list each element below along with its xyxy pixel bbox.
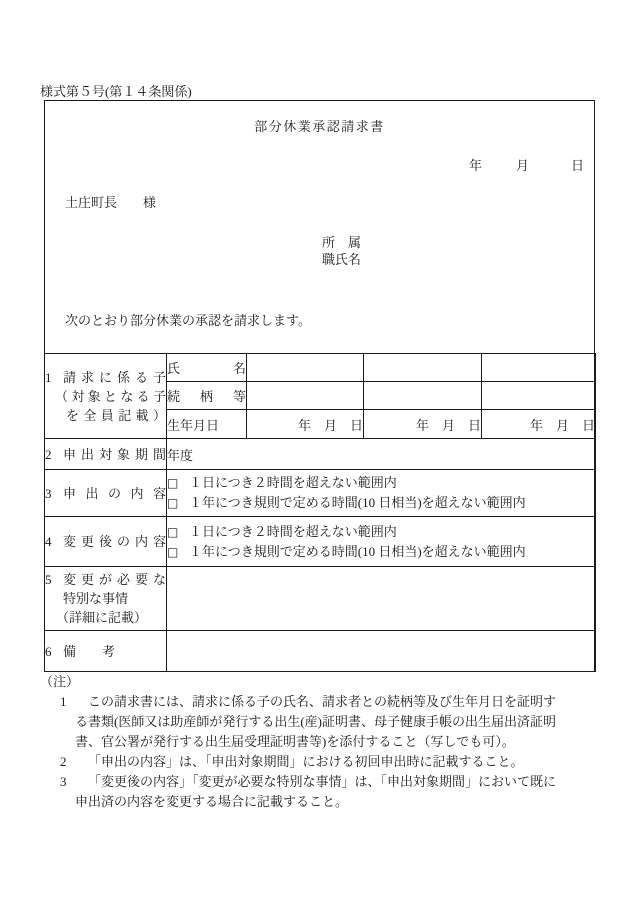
child2-birthdate-cell: 年 月 日 bbox=[364, 410, 482, 439]
request-sentence: 次のとおり部分休業の承認を請求します。 bbox=[65, 310, 311, 329]
row5-label-line3: （詳細に記載） bbox=[56, 608, 166, 627]
request-form-table: 1請求に係る子 （対象となる子 を全員記載） 氏名 続柄等 生年月日 年 月 日… bbox=[44, 353, 596, 672]
note-line: 申出済の内容を変更する場合に記載すること。 bbox=[40, 792, 596, 812]
row5-label-cell: 5変更が必要な 特別な事情 （詳細に記載） bbox=[45, 567, 167, 631]
form-title: 部分休業承認請求書 bbox=[45, 116, 594, 135]
field-birthdate-label: 生年月日 bbox=[167, 410, 247, 439]
note-line: 3「変更後の内容」「変更が必要な特別な事情」は、「申出対象期間」において既に bbox=[40, 772, 596, 792]
checkbox-icon: □ bbox=[167, 497, 180, 509]
note-line: 2「申出の内容」は、「申出対象期間」における初回申出時に記載すること。 bbox=[40, 752, 596, 772]
note-number: 3 bbox=[60, 772, 88, 792]
row5-number: 5 bbox=[45, 570, 63, 589]
child1-name-cell bbox=[247, 354, 364, 382]
date-line: 年月日 bbox=[469, 155, 584, 174]
row1-label-cell: 1請求に係る子 （対象となる子 を全員記載） bbox=[45, 354, 167, 439]
note-line: 1この請求書には、請求に係る子の氏名、請求者との続柄等及び生年月日を証明す bbox=[40, 692, 596, 712]
row1-number: 1 bbox=[45, 368, 63, 387]
day-label: 日 bbox=[571, 158, 584, 173]
child1-birthdate-cell: 年 月 日 bbox=[247, 410, 364, 439]
row5-label-line1: 変更が必要な bbox=[63, 570, 166, 589]
target-period-cell: 年度 bbox=[167, 439, 596, 470]
row4-label-cell: 4変更後の内容 bbox=[45, 517, 167, 567]
row3-label: 申出の内容 bbox=[63, 484, 166, 503]
year-label: 年 bbox=[469, 158, 482, 173]
row4-label: 変更後の内容 bbox=[63, 532, 166, 551]
note-text: 「変更後の内容」「変更が必要な特別な事情」は、「申出対象期間」において既に bbox=[88, 774, 556, 789]
addressee-honorific: 様 bbox=[143, 192, 156, 211]
note-number: 2 bbox=[60, 752, 88, 772]
row3-option2-text: １年につき規則で定める時間(10 日相当)を超えない範囲内 bbox=[189, 493, 526, 513]
row4-option1-text: １日につき２時間を超えない範囲内 bbox=[189, 522, 397, 542]
row2-label-cell: 2申出対象期間 bbox=[45, 439, 167, 470]
child3-name-cell bbox=[482, 354, 596, 382]
addressee-line: 土庄町長 様 bbox=[65, 192, 156, 211]
child1-relation-cell bbox=[247, 382, 364, 410]
note-text: この請求書には、請求に係る子の氏名、請求者との続柄等及び生年月日を証明す bbox=[88, 694, 556, 709]
row3-label-cell: 3申出の内容 bbox=[45, 470, 167, 517]
row2-label: 申出対象期間 bbox=[63, 445, 166, 464]
checkbox-icon: □ bbox=[167, 477, 180, 489]
child3-relation-cell bbox=[482, 382, 596, 410]
document-page: 様式第５号(第１４条関係) 部分休業承認請求書 年月日 土庄町長 様 所 属 職… bbox=[0, 0, 630, 903]
row6-label: 備 考 bbox=[63, 642, 166, 661]
note-number: 1 bbox=[60, 692, 88, 712]
field-name-label: 氏名 bbox=[167, 354, 247, 382]
notes-heading: （注） bbox=[40, 672, 596, 692]
note-text: 申出済の内容を変更する場合に記載すること。 bbox=[75, 794, 348, 809]
row4-options-cell: □１日につき２時間を超えない範囲内 □１年につき規則で定める時間(10 日相当)… bbox=[167, 517, 596, 567]
remarks-cell bbox=[167, 631, 596, 672]
row3-number: 3 bbox=[45, 484, 63, 503]
row2-number: 2 bbox=[45, 445, 63, 464]
affiliation-label: 所 属 bbox=[322, 234, 361, 251]
note-line: 書、官公署が発行する出生届受理証明書等)を添付すること（写しでも可）。 bbox=[40, 732, 596, 752]
row4-number: 4 bbox=[45, 532, 63, 551]
name-label: 職氏名 bbox=[322, 251, 361, 268]
row1-label-line2: （対象となる子 bbox=[55, 387, 166, 406]
row3-option1-text: １日につき２時間を超えない範囲内 bbox=[189, 473, 397, 493]
child2-name-cell bbox=[364, 354, 482, 382]
child2-relation-cell bbox=[364, 382, 482, 410]
signature-block: 所 属 職氏名 bbox=[322, 234, 361, 268]
note-text: 「申出の内容」は、「申出対象期間」における初回申出時に記載すること。 bbox=[88, 754, 524, 769]
addressee-name: 土庄町長 bbox=[65, 192, 117, 211]
checkbox-icon: □ bbox=[167, 546, 180, 558]
row6-label-cell: 6備 考 bbox=[45, 631, 167, 672]
notes-section: （注） 1この請求書には、請求に係る子の氏名、請求者との続柄等及び生年月日を証明… bbox=[40, 672, 596, 812]
note-text: る書類(医師又は助産師が発行する出生(産)証明書、母子健康手帳の出生届出済証明 bbox=[75, 714, 556, 729]
row1-label-line3: を全員記載） bbox=[66, 406, 166, 425]
checkbox-icon: □ bbox=[167, 526, 180, 538]
note-line: る書類(医師又は助産師が発行する出生(産)証明書、母子健康手帳の出生届出済証明 bbox=[40, 712, 596, 732]
special-reason-cell bbox=[167, 567, 596, 631]
form-code: 様式第５号(第１４条関係) bbox=[40, 81, 192, 100]
child3-birthdate-cell: 年 月 日 bbox=[482, 410, 596, 439]
row3-options-cell: □１日につき２時間を超えない範囲内 □１年につき規則で定める時間(10 日相当)… bbox=[167, 470, 596, 517]
month-label: 月 bbox=[516, 158, 529, 173]
row6-number: 6 bbox=[45, 642, 63, 661]
row1-label-line1: 請求に係る子 bbox=[63, 368, 166, 387]
row5-label-line2: 特別な事情 bbox=[63, 589, 166, 608]
form-border-box: 部分休業承認請求書 年月日 土庄町長 様 所 属 職氏名 次のとおり部分休業の承… bbox=[44, 100, 595, 672]
field-relation-label: 続柄等 bbox=[167, 382, 247, 410]
note-text: 書、官公署が発行する出生届受理証明書等)を添付すること（写しでも可）。 bbox=[75, 734, 515, 749]
row4-option2-text: １年につき規則で定める時間(10 日相当)を超えない範囲内 bbox=[189, 542, 526, 562]
